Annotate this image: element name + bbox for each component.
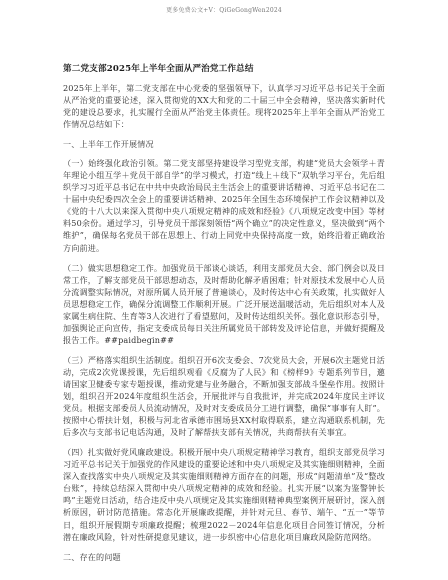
document-page: 更多免费公文+V：QiGeGongWen2024 第二党支部2025年上半年全面… [0,0,448,580]
paragraph-political-guidance: （一）始终强化政治引领。第二党支部坚持建设学习型党支部，构建“党员大会领学＋青年… [63,157,385,253]
paragraph-ideological-stability: （二）做实思想稳定工作。加强党员干部谈心谈话，利用支部党员大会、部门例会以及日常… [63,262,385,346]
header-watermark: 更多免费公文+V：QiGeGongWen2024 [0,5,448,14]
document-body: 第二党支部2025年上半年全面从严治党工作总结 2025年上半年，第二党支部在中… [63,63,385,570]
section-heading-existing-problems: 二、存在的问题 [63,551,385,563]
document-title: 第二党支部2025年上半年全面从严治党工作总结 [63,63,385,75]
paragraph-organizational-life: （三）严格落实组织生活制度。组织召开6次支委会、7次党员大会，开展6次主题党日活… [63,354,385,438]
paragraph-integrity-building: （四）扎实做好党风廉政建设。积极开展中央八项规定精神学习教育，组织支部党员学习习… [63,446,385,542]
section-heading-work-progress: 一、上半年工作开展情况 [63,138,385,150]
intro-paragraph: 2025年上半年，第二党支部在中心党委的坚强领导下，认真学习习近平总书记关于全面… [63,82,385,130]
